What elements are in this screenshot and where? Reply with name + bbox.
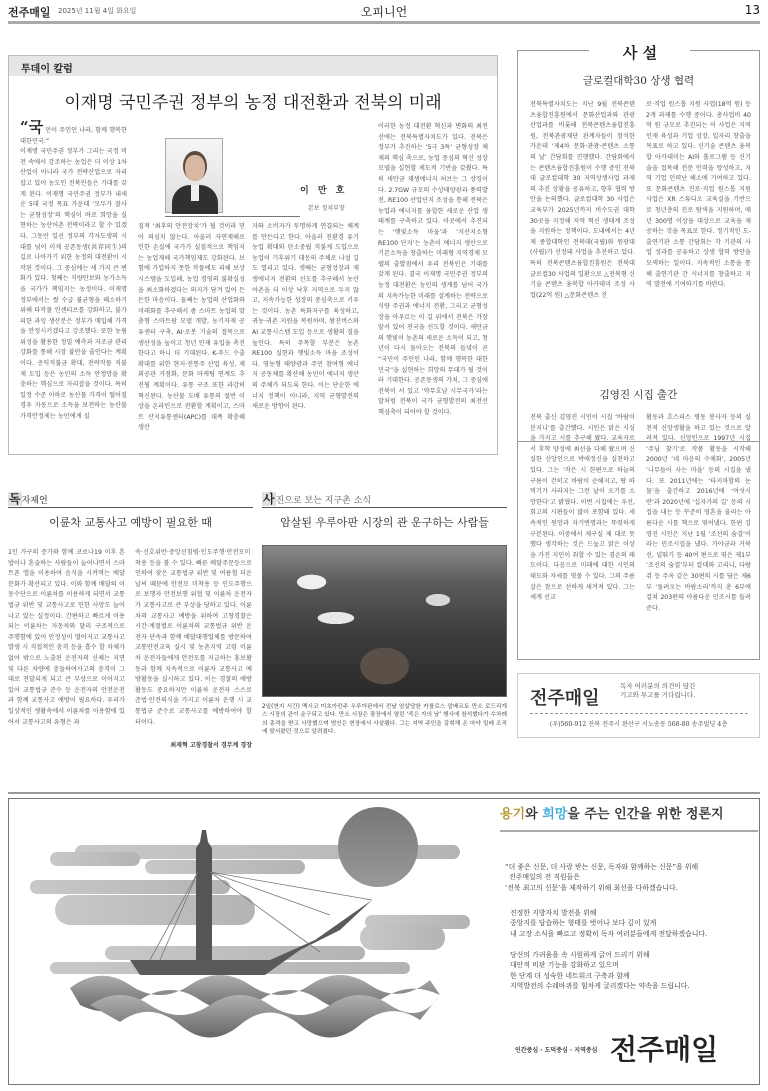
brand-ad-paragraph-2: 진정한 지방자치 발전을 위해 중앙지를 답습하는 형태를 벗어나 보다 깊이 …	[510, 908, 707, 939]
headline-courage: 용기	[500, 807, 525, 822]
para-line: 중앙지를 답습하는 형태를 벗어나 보다 깊이 있게	[510, 918, 707, 928]
editorial-label: 사 설	[590, 42, 690, 63]
reader-column-headline[interactable]: 이륜차 교통사고 예방이 필요한 때	[8, 514, 253, 530]
today-column-col1: “국 민이 주인인 나라, 함께 행복한 대한민국.” 이재명 국민주권 정부가…	[20, 122, 127, 423]
headline-and: 와	[525, 807, 542, 822]
label-initial: 사	[262, 492, 276, 506]
today-column-col3: 자와 소비자가 투명하게 연결되는 체계를 만든다고 한다. 아울러 친환경 유…	[252, 222, 359, 452]
para-line: 내 고장 소식을 빠르고 정확히 독자 여러분들에게 전달하겠습니다.	[510, 929, 707, 939]
brand-ad-headline: 용기와 희망을 주는 인간을 위한 정론지	[500, 803, 724, 822]
author-name: 이 만 호	[300, 183, 347, 196]
today-column-col2: 질적 ‘최후의 안전장치’가 될 것이라 믿어 의심치 않는다. 아울러 자연재…	[138, 222, 245, 452]
reader-column-col2: 속·신호위반·중앙선침범·인도주행·안전모미착용 등을 볼 수 있다. 빠른 배…	[135, 548, 252, 738]
submission-ad-logo: 전주매일	[530, 684, 600, 710]
headline-rest: 을 주는 인간을 위한 정론지	[567, 807, 723, 822]
author-photo	[165, 138, 223, 213]
editorial-2-col1: 전북 출신 김영진 시인이 시집 ‘바람이 분지니’를 출간했다. 시인은 맑은…	[530, 413, 635, 655]
bottom-rule	[8, 792, 760, 794]
para-line: 전주매일의 전 직원들은	[505, 872, 698, 882]
para-line: 한 단계 더 성숙한 네트워크 구축과 함께	[510, 971, 690, 981]
editorial-1-col2: 로·직업 원스톱 지원 사업(18억 원) 등 2개 과제를 수행 중이다. 총…	[646, 100, 751, 360]
para-line: 지역발전의 수레바퀴를 힘차게 굴리겠다는 약속을 드립니다.	[510, 981, 690, 991]
brand-ad-paragraph-1: “더 좋은 신문, 더 사랑 받는 신문, 독자와 함께하는 신문”을 위해 전…	[505, 862, 698, 893]
label-rest: 진으로 보는 지구촌 소식	[276, 496, 372, 506]
brand-slogan: 인간중심 · 도덕중심 · 지역중심	[515, 1045, 597, 1054]
photo-caption: 2일(현지 시간) 멕시코 미초아칸주 우루아판에서 전날 암살당한 카를로스 …	[262, 703, 507, 737]
body-text: 이재명 국민주권 정부가 그리는 국정 비전 속에서 강조하는 농업은 더 이상…	[20, 148, 127, 420]
reader-column-col1: 1인 가구의 증가와 함께 코로나19 이후 혼밥이나 혼술하는 사람들이 늘어…	[8, 548, 125, 748]
editorial-headline-1[interactable]: 글로컬대학30 상생 협력	[517, 73, 760, 88]
brand-ad-logo: 전주매일	[610, 1028, 718, 1068]
para-line: 당신의 가려움을 속 시원하게 긁어 드리기 위해	[510, 950, 690, 960]
reader-column-label: 독자제언	[8, 490, 253, 508]
message-line-2: 기고와 투고를 기다립니다.	[620, 691, 695, 700]
label-initial: 독	[8, 492, 22, 506]
pen-ship-illustration	[20, 800, 480, 1060]
photo-news-label: 사진으로 보는 지구촌 소식	[262, 490, 507, 508]
para-line: 대안적 비판 기능을 강화하고 있으며	[510, 960, 690, 970]
brand-ad-paragraph-3: 당신의 가려움을 속 시원하게 긁어 드리기 위해 대안적 비판 기능을 강화하…	[510, 950, 690, 992]
label-rest: 자제언	[22, 496, 48, 506]
brand-ad-rule	[500, 830, 758, 832]
editorial-headline-2[interactable]: 김영진 시집 출간	[517, 387, 760, 402]
photo-news-headline[interactable]: 암살된 우루아판 시장의 관 운구하는 사람들	[262, 514, 507, 530]
today-column-label: 투데이 칼럼	[9, 56, 497, 76]
header-rule	[8, 21, 760, 24]
today-column-headline[interactable]: 이재명 국민주권 정부의 농정 대전환과 전북의 미래	[8, 88, 498, 113]
author-divider	[165, 216, 300, 217]
submission-ad-message: 독자 여러분의 의견이 담긴 기고와 투고를 기다립니다.	[620, 682, 695, 700]
para-line: “더 좋은 신문, 더 사랑 받는 신문, 독자와 함께하는 신문”을 위해	[505, 862, 698, 872]
editorial-1-col1: 전북특별자치도는 지난 9월 전북콘텐츠융합진흥원에서 문화산업과와 관광산업과…	[530, 100, 635, 360]
page-header: 전주매일 2025년 11월 4일 화요일 오피니언 13	[0, 0, 768, 22]
author-role: 본보 정치부장	[308, 203, 345, 212]
message-line-1: 독자 여러분의 의견이 담긴	[620, 682, 695, 691]
dashed-divider	[530, 713, 748, 714]
reader-column-byline: 최재혁 고창경찰서 경무계 경장	[135, 740, 252, 749]
dropcap: “국	[20, 118, 43, 136]
section-title: 오피니언	[0, 3, 768, 20]
today-column-col4: 이러한 농정 대전환 혁신과 변화의 최전선에는 전북특별자치도가 있다. 전북…	[378, 122, 488, 452]
para-line: ‘전북 최고의 신문’을 제작하기 위해 최선을 다하겠습니다.	[505, 883, 698, 893]
para-line: 진정한 지방자치 발전을 위해	[510, 908, 707, 918]
funeral-procession-photo	[262, 545, 507, 697]
submission-ad-address: (우)560-912 전북 전주시 완산구 서노송동 568-80 송주빌딩 4…	[517, 719, 760, 728]
editorial-2-col2: 활동과 호스피스 병동 봉사자 등의 실천적 신앙생활을 하고 있는 것으로 알…	[646, 413, 751, 655]
headline-hope: 희망	[542, 807, 567, 822]
page-number: 13	[745, 3, 760, 17]
